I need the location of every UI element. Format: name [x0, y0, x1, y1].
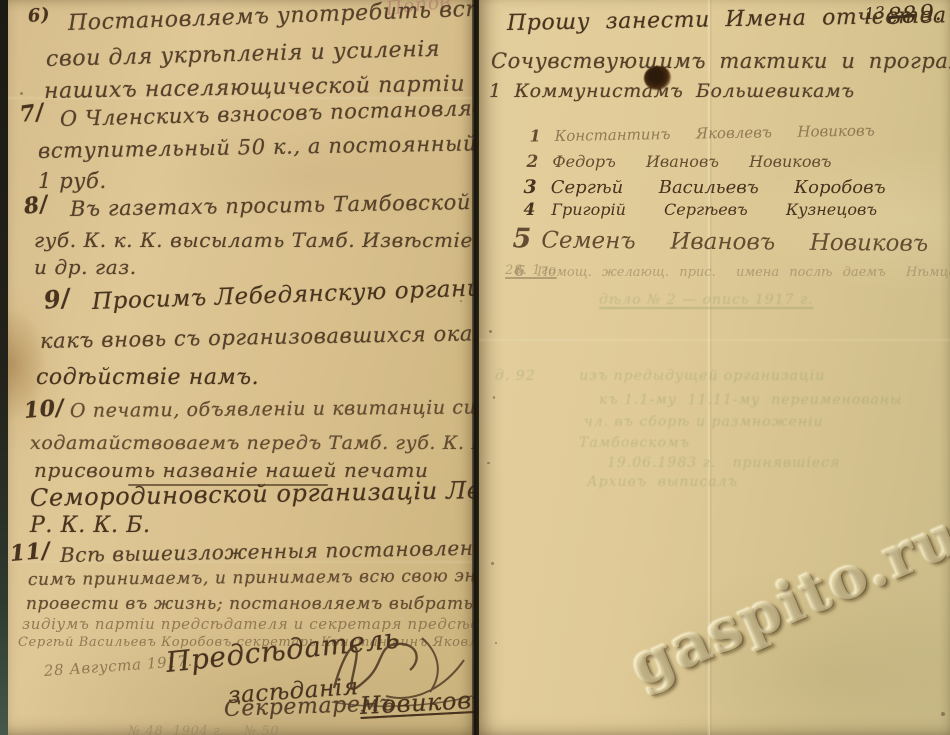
watermark-text: gaspito.ru	[620, 500, 950, 700]
left-page-sheet: Попов 6) 7/ 8/ 9/ 10/ 11/ Постановляемъ …	[8, 0, 474, 735]
illegible-pencil-line: Тамбовскомъ	[579, 435, 690, 451]
manuscript-line: Просимъ Лебедянскую организацію	[92, 274, 474, 314]
manuscript-line: губ. К. к. К. высылать Тамб. Извѣстіе	[34, 230, 473, 251]
item-number: 7/	[18, 101, 46, 127]
manuscript-line: вступительный 50 к., а постоянный	[38, 132, 474, 162]
manuscript-line: О печати, объявленіи и квитанціи симъ	[70, 398, 474, 422]
item-number: 6)	[27, 6, 51, 27]
manuscript-line: Всѣ вышеизложенныя постановленія	[60, 537, 474, 566]
secretary-signature-name: Новиковъ	[359, 687, 474, 719]
illegible-pencil-line: Архивъ выписалъ	[587, 474, 738, 490]
binding-fold	[472, 0, 479, 735]
paper-speck	[20, 92, 23, 95]
right-header-line: Сочувствующимъ тактики и программамъ	[491, 50, 950, 72]
manuscript-line: и др. газ.	[34, 257, 137, 278]
item-number: 10/	[23, 397, 65, 424]
paper-speck	[491, 562, 494, 565]
document-scan: Попов 6) 7/ 8/ 9/ 10/ 11/ Постановляемъ …	[0, 0, 950, 735]
illegible-pencil-line: чл. въ сборѣ и размноженіи	[584, 414, 824, 430]
illegible-pencil-line: 19.06.1983 г. принявшіеся	[607, 455, 840, 471]
crease-line	[479, 338, 950, 342]
item-number: 8/	[22, 193, 50, 219]
manuscript-line: свои для укрѣпленія и усиленія	[46, 38, 441, 71]
manuscript-line: содѣйствіе намъ.	[36, 366, 259, 389]
manuscript-line: симъ принимаемъ, и принимаемъ всю свою э…	[28, 568, 474, 590]
illegible-pencil-line: д. 92 изъ предыдущей организаціи	[495, 368, 825, 384]
manuscript-line: какъ вновь съ организовавшихся оказать	[40, 321, 474, 352]
right-header-line: 1 Коммунистамъ Большевикамъ	[489, 82, 855, 102]
right-page-sheet: 13889. Прошу занести Имена отчества фами…	[479, 0, 950, 735]
manuscript-line: Въ газетахъ просить Тамбовской	[70, 191, 471, 220]
paper-speck	[493, 396, 495, 399]
small-note: 28. 1го	[505, 264, 557, 278]
paper-speck	[647, 660, 650, 663]
paper-speck	[489, 330, 492, 333]
illegible-pencil-line: къ 1.1-му 11.11-му переименованы	[599, 392, 902, 408]
member-name: Помощ. желающ. прис. имена послѣ даемъ Н…	[537, 265, 950, 280]
paper-speck	[495, 642, 497, 644]
paper-speck	[941, 712, 945, 716]
paper-speck	[487, 462, 490, 464]
illegible-cut-line: № 48 1904 г. № 50	[128, 725, 279, 735]
paper-speck	[460, 300, 462, 302]
manuscript-line: провести въ жизнь; постановляемъ выбрать…	[26, 596, 474, 614]
item-number: 11/	[9, 540, 51, 567]
item-number: 9/	[42, 284, 72, 313]
illegible-pencil-line: дѣло № 2 — опись 1917 г.	[599, 292, 814, 308]
manuscript-line: Р. К. К. Б.	[30, 514, 151, 537]
manuscript-line: ходатайствоваемъ передъ Тамб. губ. К. К.	[30, 434, 474, 454]
manuscript-line: 1 руб.	[38, 170, 107, 192]
manuscript-line: Постановляемъ употребить всѣ свои	[68, 0, 474, 35]
